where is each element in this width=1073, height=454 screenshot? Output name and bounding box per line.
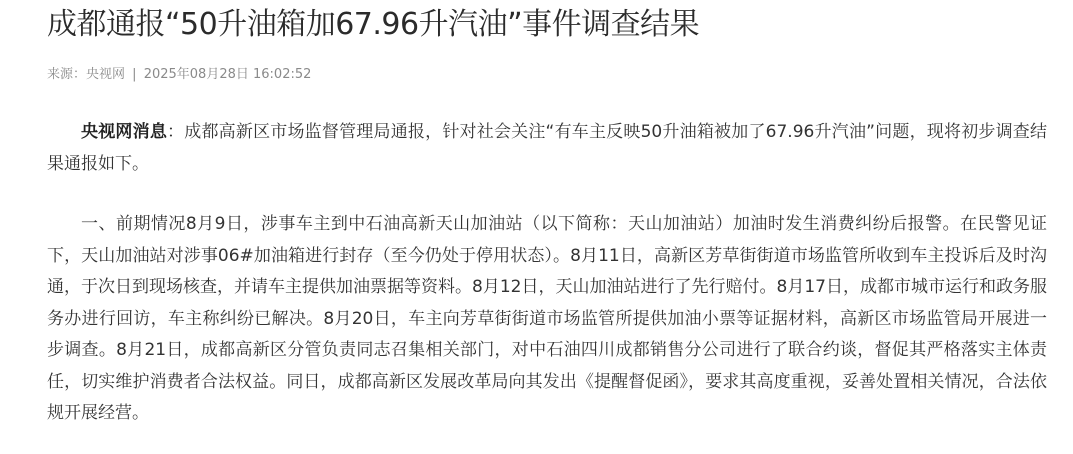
- source-tag: 央视网消息: [81, 122, 167, 142]
- source-label: 来源：: [47, 67, 86, 82]
- body-paragraph: 一、前期情况8月9日，涉事车主到中石油高新天山加油站（以下简称：天山加油站）加油…: [47, 209, 1047, 430]
- article-meta: 来源：央视网 | 2025年08月28日 16:02:52: [47, 66, 311, 84]
- meta-separator: |: [132, 67, 136, 82]
- source-tag-colon: ：: [167, 122, 184, 142]
- article-body: 央视网消息：成都高新区市场监督管理局通报，针对社会关注“有车主反映50升油箱被加…: [47, 117, 1047, 430]
- publish-datetime: 2025年08月28日 16:02:52: [144, 67, 312, 82]
- source-name: 央视网: [86, 67, 125, 82]
- lead-paragraph: 央视网消息：成都高新区市场监督管理局通报，针对社会关注“有车主反映50升油箱被加…: [47, 117, 1047, 180]
- article-title: 成都通报“50升油箱加67.96升汽油”事件调查结果: [47, 5, 699, 45]
- lead-paragraph-text: 成都高新区市场监督管理局通报，针对社会关注“有车主反映50升油箱被加了67.96…: [47, 122, 1047, 174]
